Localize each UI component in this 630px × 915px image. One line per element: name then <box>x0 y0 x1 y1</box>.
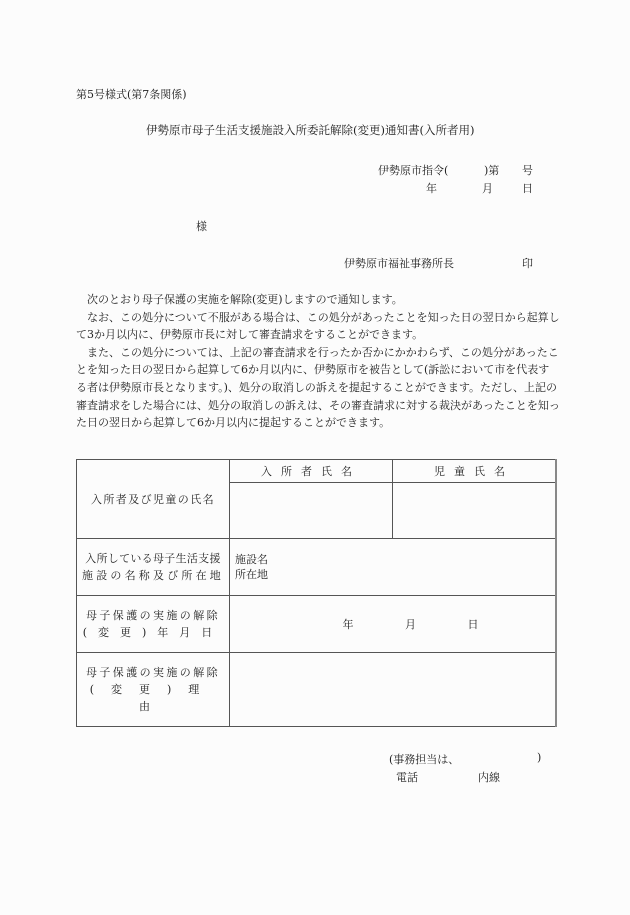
child-name-field[interactable] <box>393 483 557 539</box>
order-number-line: 伊勢原市指令( )第 号 <box>378 162 538 178</box>
contact-staff-line: (事務担当は、 ) <box>389 751 549 767</box>
termination-date-label-line1: 母子保護の実施の解除 <box>77 607 229 624</box>
issuer-name: 伊勢原市福祉事務所長 <box>344 255 454 271</box>
facility-address-label: 所在地 <box>235 567 555 582</box>
issue-month: 月 <box>482 180 493 196</box>
facility-name-label: 施設名 <box>235 552 555 567</box>
termination-date-label: 母子保護の実施の解除 (変更)年月日 <box>77 596 230 653</box>
termination-date-field[interactable]: 年 月 日 <box>230 596 557 653</box>
appeal-paragraph: なお、この処分について不服がある場合は、この処分があったことを知った日の翌日から… <box>76 309 560 344</box>
contact-phone-line: 電話 内線 <box>396 769 556 785</box>
notice-body: 次のとおり母子保護の実施を解除(変更)しますので通知します。 なお、この処分につ… <box>76 291 560 432</box>
issue-day: 日 <box>522 180 533 196</box>
lawsuit-paragraph: また、この処分については、上記の審査請求を行ったか否かにかかわらず、この処分があ… <box>76 344 560 432</box>
termination-month: 月 <box>405 616 416 632</box>
termination-reason-label-line1: 母子保護の実施の解除 <box>77 664 229 681</box>
termination-date-label-line2: (変更)年月日 <box>77 624 229 641</box>
extension-label: 内線 <box>478 769 500 785</box>
details-table: 入所者及び児童の氏名 入所者氏名 児童氏名 入所している母子生活支援 施設の名称… <box>76 459 557 727</box>
resident-name-header: 入所者氏名 <box>230 460 393 483</box>
form-number: 第5号様式(第7条関係) <box>76 86 187 102</box>
staff-close: ) <box>537 751 541 764</box>
order-prefix: 伊勢原市指令( <box>378 162 448 178</box>
child-name-header: 児童氏名 <box>393 460 557 483</box>
facility-field[interactable]: 施設名 所在地 <box>230 539 557 596</box>
issue-date-line: 年 月 日 <box>378 180 538 196</box>
notice-paragraph: 次のとおり母子保護の実施を解除(変更)しますので通知します。 <box>76 291 560 309</box>
phone-label: 電話 <box>396 771 418 784</box>
termination-reason-label-line2: (変更)理由 <box>77 681 229 715</box>
termination-day: 日 <box>468 616 479 632</box>
staff-open: (事務担当は、 <box>389 753 459 766</box>
names-label: 入所者及び児童の氏名 <box>77 460 230 539</box>
document-title: 伊勢原市母子生活支援施設入所委託解除(変更)通知書(入所者用) <box>146 122 474 138</box>
facility-label-line2: 施設の名称及び所在地 <box>77 567 229 584</box>
resident-name-field[interactable] <box>230 483 393 539</box>
termination-reason-label: 母子保護の実施の解除 (変更)理由 <box>77 653 230 727</box>
addressee-honorific: 様 <box>196 218 207 234</box>
order-suffix: 号 <box>522 162 533 178</box>
facility-label-line1: 入所している母子生活支援 <box>77 550 229 567</box>
termination-reason-field[interactable] <box>230 653 557 727</box>
seal-mark: 印 <box>522 255 533 271</box>
order-mid: )第 <box>484 162 499 178</box>
termination-year: 年 <box>343 616 354 632</box>
issue-year: 年 <box>426 180 437 196</box>
facility-label: 入所している母子生活支援 施設の名称及び所在地 <box>77 539 230 596</box>
